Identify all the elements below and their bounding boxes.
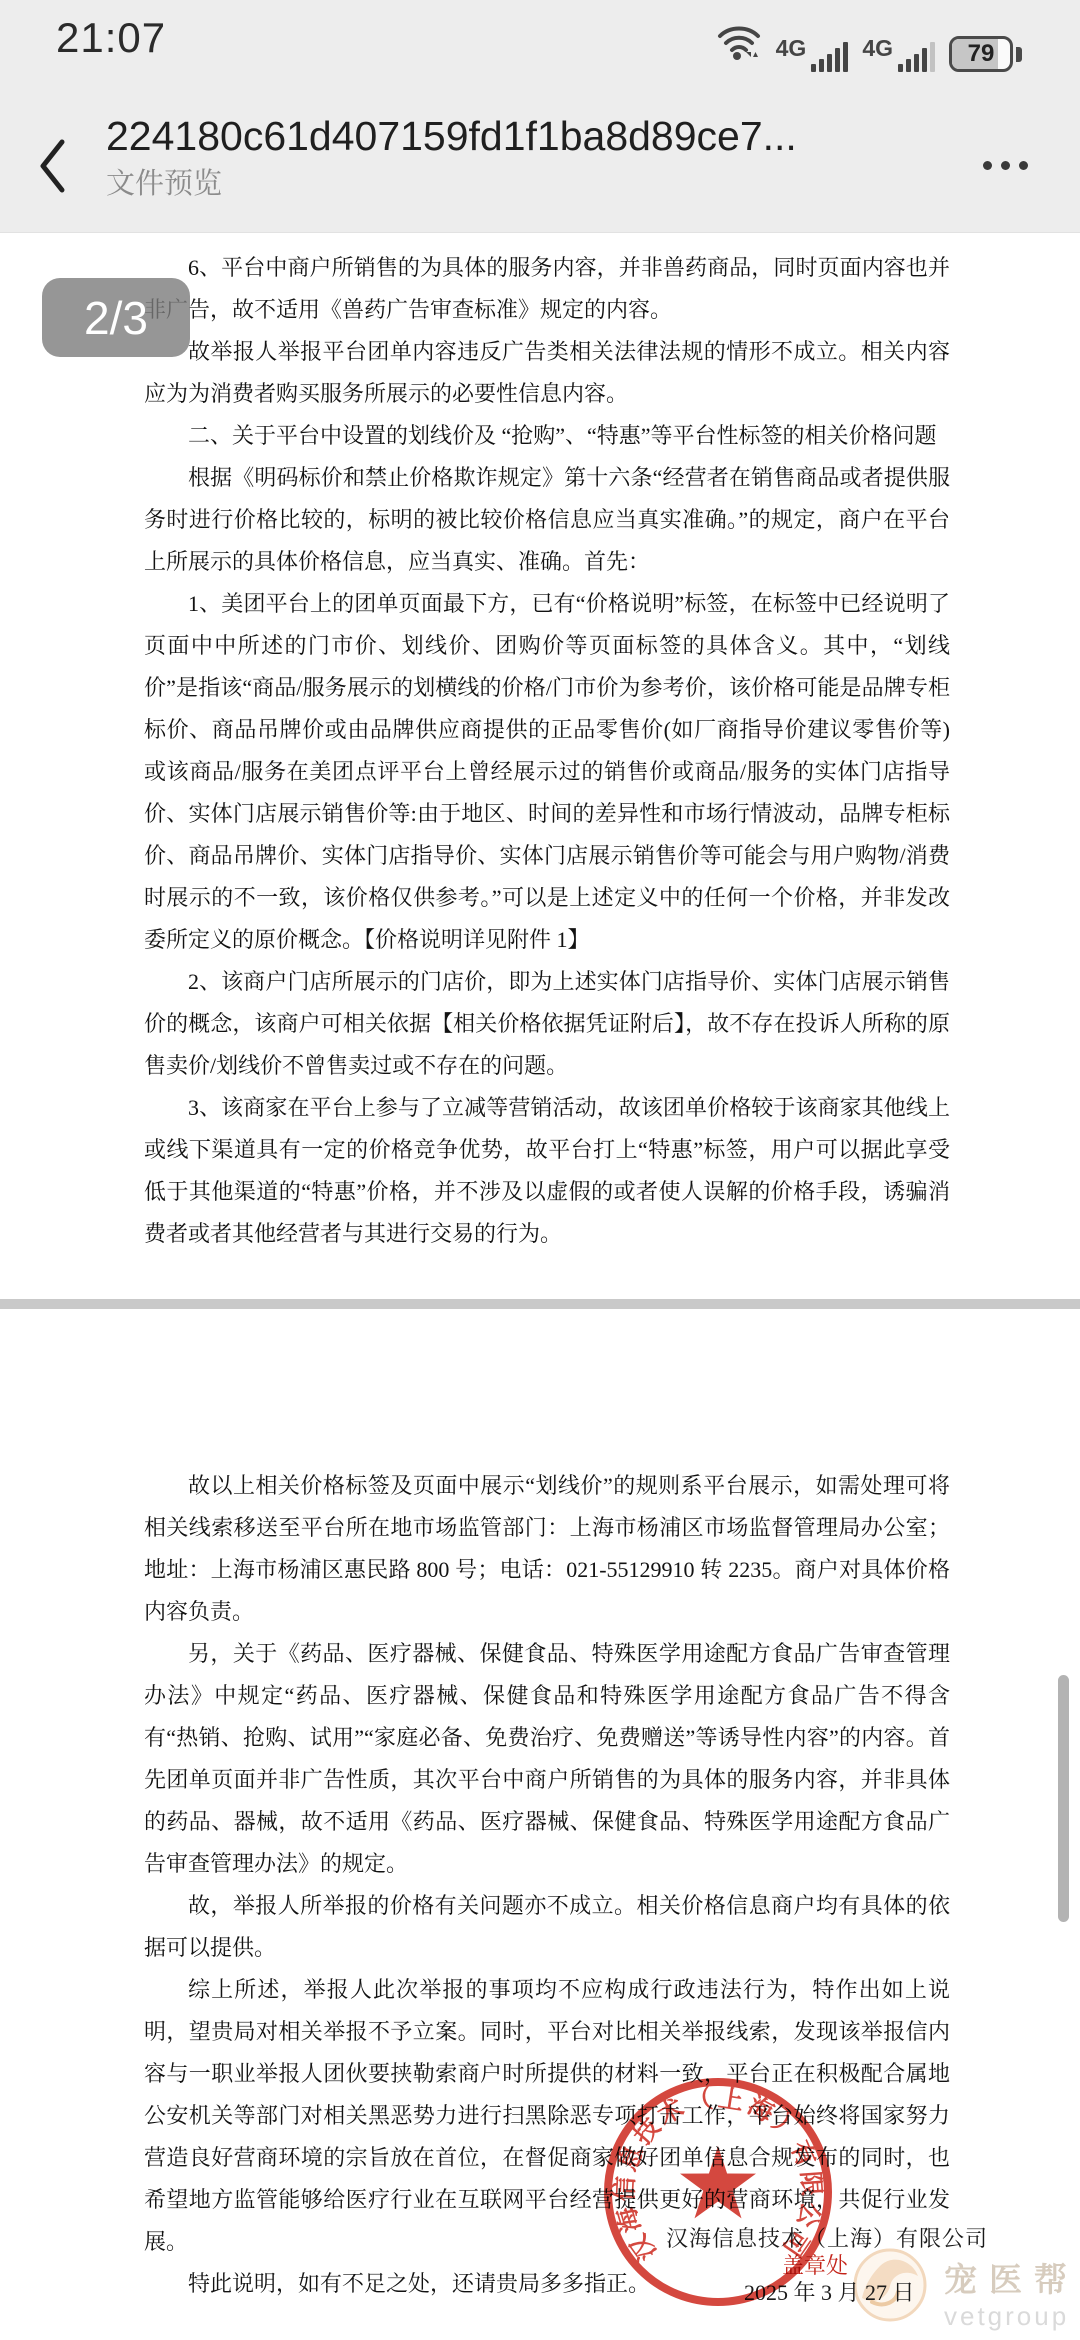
company-stamp-seal: 汉海信息技术（上海）有限公司 xyxy=(600,2074,836,2310)
more-dot-icon xyxy=(983,161,992,170)
stamp-star-icon xyxy=(680,2146,756,2218)
document-paragraph: 6、平台中商户所销售的为具体的服务内容，并非兽药商品，同时页面内容也并非广告，故… xyxy=(144,247,950,331)
page-divider xyxy=(0,1299,1080,1309)
file-title: 224180c61d407159fd1f1ba8d89ce7... xyxy=(106,112,936,161)
battery-icon: 79 xyxy=(949,36,1013,72)
file-preview-screen: { "status_bar": { "time": "21:07", "netw… xyxy=(0,0,1080,2340)
battery-percent: 79 xyxy=(952,39,1010,69)
document-paragraph: 1、美团平台上的团单页面最下方，已有“价格说明”标签，在标签中已经说明了页面中中… xyxy=(144,583,950,961)
page-indicator-badge: 2/3 xyxy=(42,278,190,357)
document-page-1: 6、平台中商户所销售的为具体的服务内容，并非兽药商品，同时页面内容也并非广告，故… xyxy=(0,233,1080,1299)
more-dot-icon xyxy=(1019,161,1028,170)
document-paragraph: 根据《明码标价和禁止价格欺诈规定》第十六条“经营者在销售商品或者提供服务时进行价… xyxy=(144,457,950,583)
back-chevron-icon xyxy=(38,138,66,194)
header-title-block: 224180c61d407159fd1f1ba8d89ce7... 文件预览 xyxy=(106,112,936,202)
status-time: 21:07 xyxy=(56,14,166,62)
document-paragraph: 3、该商家在平台上参与了立减等营销活动，故该团单价格较于该商家其他线上或线下渠道… xyxy=(144,1087,950,1255)
battery-nub xyxy=(1016,47,1022,62)
document-paragraph: 故以上相关价格标签及页面中展示“划线价”的规则系平台展示，如需处理可将相关线索移… xyxy=(144,1465,950,1633)
network-type-label: 4G xyxy=(776,37,807,60)
document-page-2: 故以上相关价格标签及页面中展示“划线价”的规则系平台展示，如需处理可将相关线索移… xyxy=(0,1309,1080,2340)
more-options-button[interactable] xyxy=(970,140,1040,190)
top-chrome: 21:07 4G 4G 79 xyxy=(0,0,1080,233)
scrollbar-thumb[interactable] xyxy=(1058,1675,1069,1922)
status-icons: 4G 4G 79 xyxy=(716,30,1022,72)
wifi-icon xyxy=(716,23,762,66)
network-type-label: 4G xyxy=(862,37,893,60)
more-dot-icon xyxy=(1001,161,1010,170)
document-paragraph: 故举报人举报平台团单内容违反广告类相关法律法规的情形不成立。相关内容应为为消费者… xyxy=(144,331,950,415)
document-paragraph: 二、关于平台中设置的划线价及 “抢购”、“特惠”等平台性标签的相关价格问题 xyxy=(144,415,950,457)
document-paragraph: 故，举报人所举报的价格有关问题亦不成立。相关价格信息商户均有具体的依据可以提供。 xyxy=(144,1885,950,1969)
signal-4g-icon-1: 4G xyxy=(776,42,849,72)
signal-4g-icon-2: 4G xyxy=(862,42,935,72)
back-button[interactable] xyxy=(30,134,74,198)
page-subtitle: 文件预览 xyxy=(106,167,936,202)
document-paragraph: 2、该商户门店所展示的门店价，即为上述实体门店指导价、实体门店展示销售价的概念，… xyxy=(144,961,950,1087)
document-paragraph: 另，关于《药品、医疗器械、保健食品、特殊医学用途配方食品广告审查管理办法》中规定… xyxy=(144,1633,950,1885)
